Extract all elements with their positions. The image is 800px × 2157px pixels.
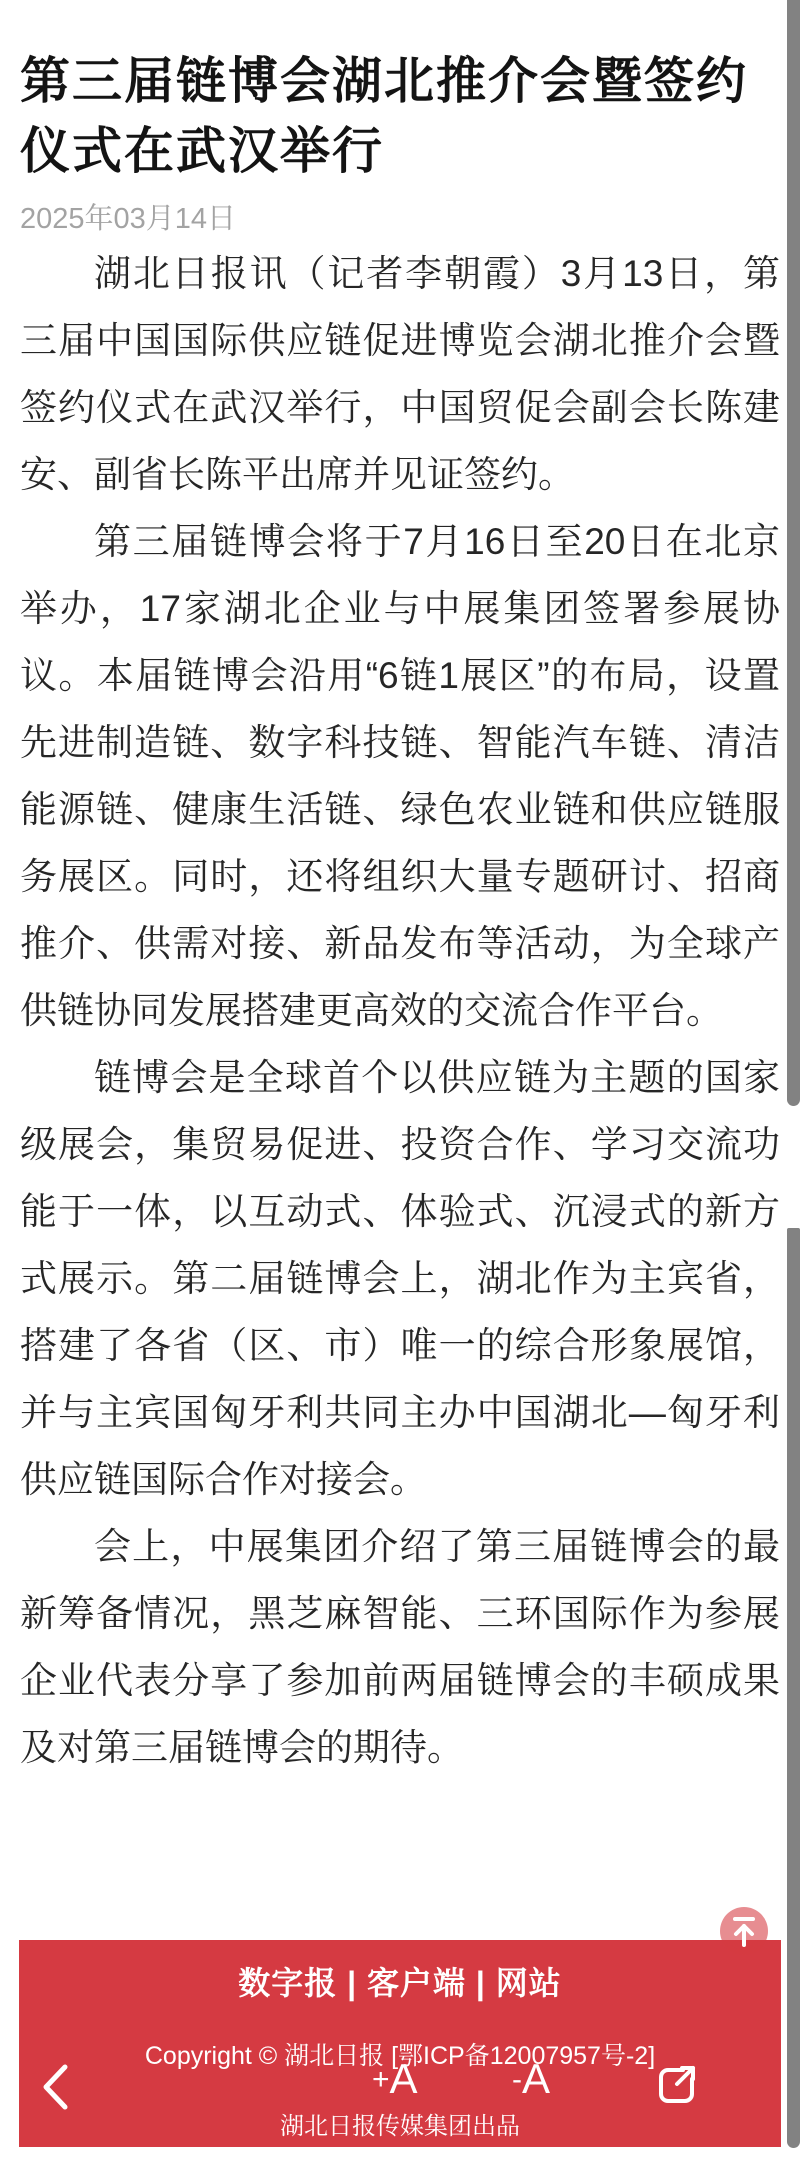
article-body: 湖北日报讯（记者李朝霞）3月13日，第三届中国国际供应链促进博览会湖北推介会暨签…: [20, 240, 780, 1781]
paragraph: 第三届链博会将于7月16日至20日在北京举办，17家湖北企业与中展集团签署参展协…: [20, 508, 780, 1044]
back-button[interactable]: [38, 2062, 74, 2112]
back-chevron-icon: [38, 2062, 74, 2112]
page-footer: 数字报 | 客户端 | 网站 Copyright © 湖北日报 [鄂ICP备12…: [19, 1940, 781, 2147]
font-letter: A: [522, 2058, 550, 2100]
footer-links[interactable]: 数字报 | 客户端 | 网站: [19, 1940, 781, 2004]
plus-icon: +: [372, 2065, 390, 2100]
share-button[interactable]: [652, 2060, 702, 2110]
font-letter: A: [390, 2058, 418, 2100]
article-page: 第三届链博会湖北推介会暨签约仪式在武汉举行 2025年03月14日 湖北日报讯（…: [0, 0, 800, 2157]
arrow-to-top-icon: [727, 1913, 761, 1949]
paragraph: 会上，中展集团介绍了第三届链博会的最新筹备情况，黑芝麻智能、三环国际作为参展企业…: [20, 1513, 780, 1781]
font-decrease-button[interactable]: - A: [512, 2058, 550, 2100]
share-icon: [652, 2060, 702, 2110]
font-increase-button[interactable]: + A: [372, 2058, 418, 2100]
scrollbar-thumb-lower[interactable]: [787, 1228, 800, 2148]
paragraph: 链博会是全球首个以供应链为主题的国家级展会，集贸易促进、投资合作、学习交流功能于…: [20, 1044, 780, 1513]
article-title: 第三届链博会湖北推介会暨签约仪式在武汉举行: [20, 46, 772, 186]
scrollbar-thumb-upper[interactable]: [787, 0, 800, 1106]
publish-date: 2025年03月14日: [20, 196, 236, 237]
producer-text: 湖北日报传媒集团出品: [19, 2106, 781, 2141]
paragraph: 湖北日报讯（记者李朝霞）3月13日，第三届中国国际供应链促进博览会湖北推介会暨签…: [20, 240, 780, 508]
minus-icon: -: [512, 2065, 522, 2100]
scroll-to-top-button[interactable]: [720, 1907, 768, 1955]
